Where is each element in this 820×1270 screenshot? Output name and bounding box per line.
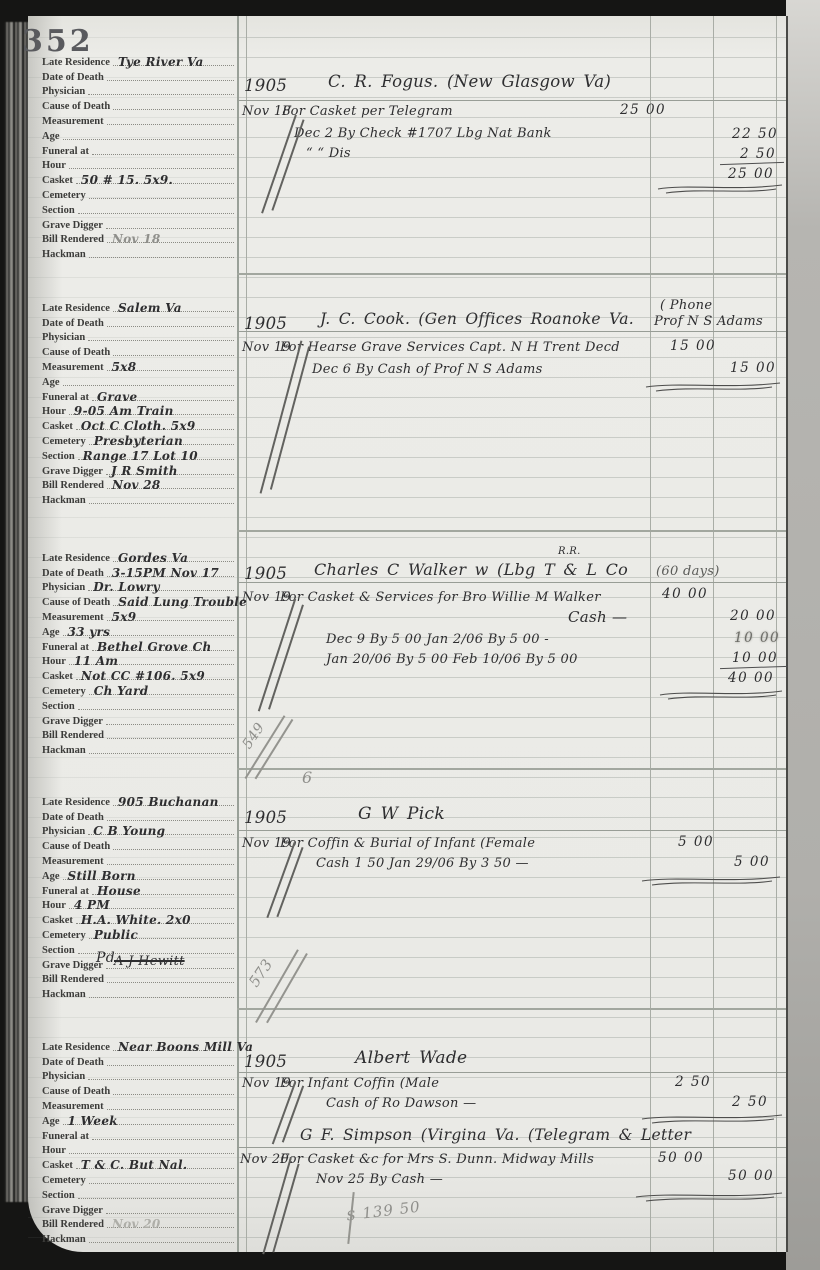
form-row: Hackman [42,491,234,506]
block-separator-2 [237,530,786,532]
form-row: CemeteryPublic [42,926,234,941]
form-row: Cause of Death [42,343,234,358]
fill-line: H.A. White. 2x0 [76,913,234,924]
form-row: Physician [42,1068,234,1083]
form-block-2: Late ResidenceSalem Va Date of Death Phy… [42,299,234,506]
field-value: Grave [97,390,137,404]
field-value: 5x8 [112,360,137,374]
form-row: Funeral atBethel Grove Ch [42,638,234,653]
fill-line [107,854,234,865]
form-label: Cause of Death [42,597,110,608]
total-squiggle-rule [644,380,782,392]
fill-line: 3-15PM Nov 17 [107,566,234,577]
credit-amount: 15 00 [730,360,776,376]
fill-line [107,972,234,983]
entry-text: Cash of Ro Dawson — [326,1096,476,1111]
form-label: Cemetery [42,1175,86,1186]
form-row: Age [42,127,234,142]
form-label: Hour [42,656,66,667]
form-row: Section [42,697,234,712]
fill-line [107,1055,234,1066]
field-value: Near Boons Mill Va [118,1040,253,1054]
form-label: Casket [42,421,73,432]
form-row: Hackman [42,741,234,756]
form-row: Cause of Death [42,97,234,112]
form-label: Funeral at [42,1131,89,1142]
fill-line: J R Smith [106,464,234,475]
form-label: Hackman [42,989,86,1000]
fill-line [106,714,234,725]
fill-line [89,188,234,199]
form-label: Funeral at [42,146,89,157]
debit-amount: 15 00 [670,338,716,354]
entry-text: Dec 9 By 5 00 Jan 2/06 By 5 00 - [326,632,549,647]
field-value: Presbyterian [94,434,183,448]
form-label: Physician [42,1071,85,1082]
form-label: Section [42,1190,75,1201]
account-phone-payer: Prof N S Adams [654,314,763,329]
form-label: Date of Death [42,72,104,83]
form-row: CemeteryPresbyterian [42,432,234,447]
form-label: Section [42,701,75,712]
debit-amount: 50 00 [658,1150,704,1166]
account-name-superscript: R.R. [558,546,581,557]
block-separator-3 [237,768,786,770]
form-block-4: Late Residence905 Buchanan Date of Death… [42,793,234,1000]
credit-total-amount: 40 00 [728,670,774,686]
fill-line: Range 17 Lot 10 [78,449,234,460]
form-row: Late ResidenceSalem Va [42,299,234,314]
form-label: Casket [42,175,73,186]
account-header-rule-3 [237,582,786,583]
form-label: Grave Digger [42,466,103,477]
fill-line [63,129,235,140]
form-row: Measurement [42,852,234,867]
form-block-5: Late ResidenceNear Boons Mill Va Date of… [42,1038,234,1245]
fill-line [89,493,234,504]
form-row: Cemetery [42,186,234,201]
debit-amount: 25 00 [620,102,666,118]
fill-line [69,158,234,169]
total-squiggle-rule [658,688,784,700]
form-row: CasketOct C Cloth. 5x9 [42,417,234,432]
account-name: G F. Simpson (Virgina Va. (Telegram & Le… [300,1126,691,1144]
form-label: Age [42,871,60,882]
field-value: Nov 18 [112,232,161,246]
field-value: 1 Week [68,1114,118,1128]
fill-line: Oct C Cloth. 5x9 [76,419,234,430]
form-label: Bill Rendered [42,730,104,741]
field-value: C B Young [93,824,165,838]
credit-amount: 2 50 [732,1094,768,1110]
form-row: Age [42,373,234,388]
total-squiggle-rule [640,1112,784,1124]
form-label: Late Residence [42,1042,110,1053]
form-label: Hour [42,406,66,417]
entry-year: 1905 [244,808,287,827]
form-label: Grave Digger [42,220,103,231]
page-number: 352 [22,24,94,59]
fill-line [78,699,234,710]
form-label: Funeral at [42,392,89,403]
fill-line: Gordes Va [113,551,234,562]
field-value: 3-15PM Nov 17 [112,566,219,580]
fill-line [113,99,234,110]
field-value: J R Smith [111,464,178,478]
form-row: Measurement [42,112,234,127]
field-value: Nov 28 [112,478,161,492]
form-label: Hackman [42,1234,86,1245]
form-row: Section [42,201,234,216]
field-value: 11 Am [74,654,118,668]
field-value: Salem Va [118,301,182,315]
account-header-rule-4 [237,830,786,831]
fill-line [78,1188,234,1199]
form-label: Measurement [42,1101,104,1112]
form-label: Casket [42,1160,73,1171]
form-row: PhysicianDr. Lowry [42,579,234,594]
fill-line [88,84,234,95]
form-label: Age [42,627,60,638]
form-row: PhysicianC B Young [42,823,234,838]
form-label: Hour [42,1145,66,1156]
fill-line [89,1173,234,1184]
form-label: Grave Digger [42,716,103,727]
fill-line [107,1099,234,1110]
form-row: Cause of Death [42,837,234,852]
fill-line: Still Born [63,869,235,880]
fill-line [107,728,234,739]
form-row: Age1 Week [42,1112,234,1127]
block-separator-1 [237,273,786,275]
field-value: Gordes Va [118,551,188,565]
entry-year: 1905 [244,314,287,333]
total-squiggle-rule [634,1190,784,1202]
form-label: Measurement [42,612,104,623]
form-row: Bill RenderedNov 18 [42,231,234,246]
form-label: Age [42,1116,60,1127]
field-value: Tye River Va [118,55,204,69]
form-row: Cemetery [42,1171,234,1186]
entry-text: For Casket & Services for Bro Willie M W… [280,590,601,605]
ledger-sheet: Late ResidenceTye River Va Date of Death… [28,16,786,1252]
form-label: Section [42,451,75,462]
block-separator-4 [237,1008,786,1010]
form-label: Section [42,945,75,956]
fill-line: 11 Am [69,654,234,665]
form-row: Late ResidenceNear Boons Mill Va [42,1038,234,1053]
field-value: Dr. Lowry [93,580,160,594]
field-value: 5x9 [112,610,137,624]
form-label: Funeral at [42,886,89,897]
double-rule-left [237,16,239,1252]
entry-year: 1905 [244,76,287,95]
form-label: Grave Digger [42,960,103,971]
form-label: Date of Death [42,1057,104,1068]
debit-amount: 40 00 [662,586,708,602]
debit-column-rule [650,16,651,1252]
grave-digger-name-struck: A J Hewitt [114,954,185,969]
credit-amount: 20 00 [730,608,776,624]
total-squiggle-rule [656,182,784,194]
field-value: H.A. White. 2x0 [81,913,191,927]
credit-amount: 2 50 [740,146,776,162]
entry-text: For Infant Coffin (Male [280,1076,439,1091]
field-value: 905 Buchanan [118,795,219,809]
entry-text: Cash 1 50 Jan 29/06 By 3 50 — [316,856,529,871]
form-row: Casket50 # 15. 5x9. [42,171,234,186]
field-value: 33 yrs [68,625,111,639]
fill-line: Tye River Va [113,55,234,66]
form-row: Funeral atHouse [42,882,234,897]
fill-line: 50 # 15. 5x9. [76,173,234,184]
fill-line: House [92,884,234,895]
fill-line: Dr. Lowry [88,580,234,591]
form-label: Cemetery [42,190,86,201]
form-row: Bill Rendered [42,727,234,742]
fill-line [107,114,234,125]
form-row: Physician [42,329,234,344]
form-row: CemeteryCh Yard [42,682,234,697]
form-label: Date of Death [42,812,104,823]
field-value: Public [94,928,138,942]
entry-year: 1905 [244,564,287,583]
fill-line: T & C. But Nal. [76,1158,234,1169]
form-block-1: Late ResidenceTye River Va Date of Death… [42,53,234,260]
debit-amount: 5 00 [678,834,714,850]
account-header-rule-2 [237,331,786,332]
form-row: Hour [42,157,234,172]
form-label: Date of Death [42,568,104,579]
form-label: Measurement [42,362,104,373]
fill-line: 905 Buchanan [113,795,234,806]
fill-line [88,330,234,341]
entry-year: 1905 [244,1052,287,1071]
fill-line [113,839,234,850]
entry-text: Jan 20/06 By 5 00 Feb 10/06 By 5 00 [326,652,578,667]
fill-line [107,810,234,821]
form-label: Bill Rendered [42,234,104,245]
form-row: Funeral atGrave [42,388,234,403]
form-row: Hour [42,1142,234,1157]
scanned-ledger-page: Late ResidenceTye River Va Date of Death… [0,0,820,1270]
form-label: Casket [42,671,73,682]
credit-amount: 10 00 [734,630,780,646]
account-name: Albert Wade [355,1048,467,1068]
fill-line: Said Lung Trouble [113,595,234,606]
credit-amount: 10 00 [732,650,778,666]
fill-line: Ch Yard [89,684,234,695]
form-label: Measurement [42,116,104,127]
form-label: Funeral at [42,642,89,653]
field-value: Ch Yard [94,684,149,698]
fill-line [89,987,234,998]
fill-line: Salem Va [113,301,234,312]
next-page-edge [786,0,820,1270]
entry-text: “ “ Dis [306,146,351,161]
fill-line: 4 PM [69,898,234,909]
entry-text: For Hearse Grave Services Capt. N H Tren… [280,340,620,355]
form-row: Grave Digger [42,216,234,231]
fill-line [89,1232,234,1243]
field-value: Oct C Cloth. 5x9 [81,419,196,433]
credit-amount: 50 00 [728,1168,774,1184]
form-row: Measurement5x9 [42,608,234,623]
form-row: Bill Rendered [42,971,234,986]
credit-amount: 22 50 [732,126,778,142]
form-row: Date of Death [42,314,234,329]
fill-line: Grave [92,390,234,401]
field-value: Not CC #106. 5x9 [81,669,205,683]
fill-line [113,1084,234,1095]
form-row: Date of Death [42,808,234,823]
form-label: Cause of Death [42,1086,110,1097]
form-label: Date of Death [42,318,104,329]
fill-line [92,144,234,155]
form-row: Grave Digger [42,712,234,727]
credit-column-rule [713,16,714,1252]
form-row: Late Residence905 Buchanan [42,793,234,808]
form-row: Hour9-05 Am Train [42,403,234,418]
fill-line [107,70,234,81]
pencil-margin-mark: 6 [302,768,312,787]
fill-line: 5x9 [107,610,234,621]
entry-text: Dec 6 By Cash of Prof N S Adams [312,362,543,377]
debit-amount: 2 50 [675,1074,711,1090]
fill-line [89,247,234,258]
account-terms-note: (60 days) [656,564,720,579]
form-row: Section [42,1186,234,1201]
form-label: Late Residence [42,797,110,808]
fill-line [63,375,235,386]
form-label: Cemetery [42,930,86,941]
form-row: SectionRange 17 Lot 10 [42,447,234,462]
form-row: Date of Death [42,68,234,83]
form-label: Cause of Death [42,347,110,358]
fill-line [113,345,234,356]
form-row: Grave DiggerJ R Smith [42,462,234,477]
fill-line [89,743,234,754]
account-name: G W Pick [358,804,445,824]
field-value: 50 # 15. 5x9. [81,173,173,187]
fill-line [92,1129,234,1140]
form-row: Age33 yrs [42,623,234,638]
fill-line [88,1069,234,1080]
fill-line: Nov 18 [107,232,234,243]
field-value: 9-05 Am Train [74,404,174,418]
fill-line: 5x8 [107,360,234,371]
form-label: Physician [42,826,85,837]
form-row: CasketH.A. White. 2x0 [42,911,234,926]
form-label: Casket [42,915,73,926]
fill-line: Not CC #106. 5x9 [76,669,234,680]
fill-line: 33 yrs [63,625,235,636]
form-label: Section [42,205,75,216]
form-label: Late Residence [42,553,110,564]
form-row: Bill RenderedNov 20 [42,1216,234,1231]
fill-line: Nov 28 [107,478,234,489]
account-header-rule-1 [237,100,786,101]
form-label: Hour [42,160,66,171]
form-row: Hackman [42,245,234,260]
form-label: Physician [42,86,85,97]
form-row: Cause of DeathSaid Lung Trouble [42,593,234,608]
form-label: Cemetery [42,686,86,697]
account-name: J. C. Cook. (Gen Offices Roanoke Va. [320,310,634,328]
entry-text: For Casket per Telegram [282,104,453,119]
form-row: Cause of Death [42,1082,234,1097]
fill-line [106,1203,234,1214]
fill-line: Nov 20 [107,1217,234,1228]
form-label: Measurement [42,856,104,867]
form-label: Age [42,377,60,388]
total-squiggle-rule [640,874,782,886]
form-label: Cause of Death [42,101,110,112]
entry-text: Dec 2 By Check #1707 Lbg Nat Bank [294,126,552,141]
account-name: C. R. Fogus. (New Glasgow Va) [328,72,611,91]
fill-line [106,218,234,229]
field-value: Nov 20 [112,1217,161,1231]
field-value: Still Born [68,869,136,883]
form-row: Physician [42,83,234,98]
account-header-rule-6 [237,1147,786,1148]
form-block-3: Late ResidenceGordes Va Date of Death3-1… [42,549,234,756]
entry-text: Cash — [568,608,627,626]
form-label: Late Residence [42,303,110,314]
form-row: Measurement5x8 [42,358,234,373]
form-label: Hackman [42,495,86,506]
field-value: Said Lung Trouble [118,595,247,609]
fill-line: Near Boons Mill Va [113,1040,234,1051]
form-label: Age [42,131,60,142]
form-label: Grave Digger [42,1205,103,1216]
account-phone-note: ( Phone [660,298,712,313]
form-row: Late ResidenceGordes Va [42,549,234,564]
form-label: Cause of Death [42,841,110,852]
form-row: AgeStill Born [42,867,234,882]
form-label: Physician [42,332,85,343]
form-label: Physician [42,582,85,593]
form-row: Funeral at [42,1127,234,1142]
fill-line: Public [89,928,234,939]
form-row: Hackman [42,1230,234,1245]
grave-digger-paid-mark: Pd [96,950,115,966]
fill-line [107,316,234,327]
form-label: Bill Rendered [42,1219,104,1230]
form-row: Hackman [42,985,234,1000]
form-label: Bill Rendered [42,480,104,491]
form-label: Hackman [42,745,86,756]
form-row: Date of Death3-15PM Nov 17 [42,564,234,579]
form-label: Cemetery [42,436,86,447]
entry-text: For Coffin & Burial of Infant (Female [280,836,535,851]
fill-line: Bethel Grove Ch [92,640,234,651]
entry-text: Nov 25 By Cash — [316,1172,443,1187]
form-row: Hour4 PM [42,897,234,912]
fill-line: 1 Week [63,1114,235,1125]
form-row: Date of Death [42,1053,234,1068]
credit-amount: 5 00 [734,854,770,870]
fill-line [78,203,234,214]
field-value: Range 17 Lot 10 [83,449,198,463]
fill-line: C B Young [88,824,234,835]
form-label: Hour [42,900,66,911]
form-row: Measurement [42,1097,234,1112]
form-row: CasketNot CC #106. 5x9 [42,667,234,682]
form-row: Funeral at [42,142,234,157]
form-label: Hackman [42,249,86,260]
fill-line [69,1143,234,1154]
